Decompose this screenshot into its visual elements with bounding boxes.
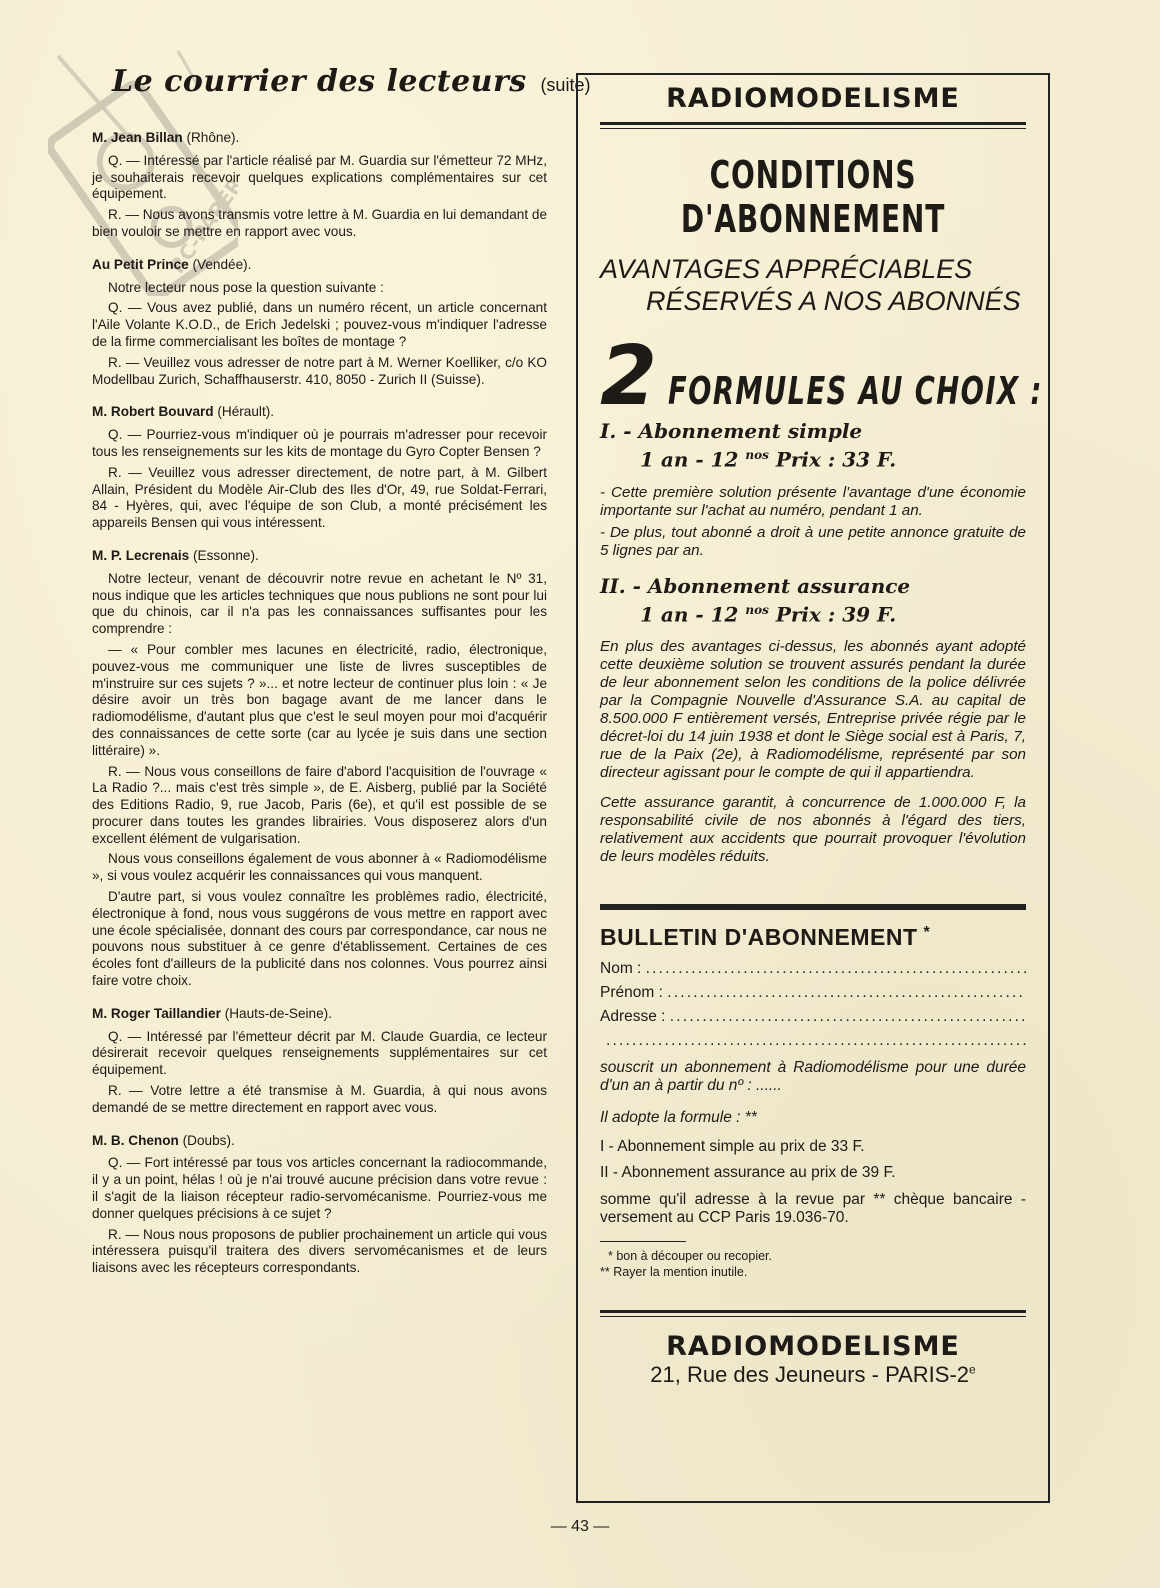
brand-header: RADIOMODELISME xyxy=(600,83,1026,114)
author-name: M. Robert Bouvard xyxy=(92,404,214,419)
thick-divider xyxy=(600,904,1026,910)
subscription-box: RADIOMODELISME CONDITIONS D'ABONNEMENT A… xyxy=(576,73,1050,1503)
letter-entry: M. Roger Taillandier (Hauts-de-Seine).Q.… xyxy=(92,1006,547,1117)
formula2-price-post: Prix : 39 F. xyxy=(769,602,896,626)
conditions-title-line1: CONDITIONS xyxy=(638,153,987,197)
author-name: M. Roger Taillandier xyxy=(92,1006,221,1021)
letter-entry: M. B. Chenon (Doubs).Q. — Fort intéressé… xyxy=(92,1133,547,1277)
formula2-description: En plus des avantages ci-dessus, les abo… xyxy=(600,638,1026,866)
advantages-line2: RÉSERVÉS A NOS ABONNÉS xyxy=(600,285,1026,317)
author-region: (Doubs). xyxy=(183,1133,235,1148)
letter-paragraph: Q. — Pourriez-vous m'indiquer où je pour… xyxy=(92,427,547,461)
formulas-heading: 2 FORMULES AU CHOIX : xyxy=(600,341,1026,413)
bulletin-title-mark: * xyxy=(924,924,931,941)
formula1-price-post: Prix : 33 F. xyxy=(769,448,896,472)
letter-entry: M. P. Lecrenais (Essonne).Notre lecteur,… xyxy=(92,548,547,990)
footer-address-text: 21, Rue des Jeuneurs - PARIS-2 xyxy=(650,1362,969,1387)
address-field-dots: ........................................… xyxy=(670,1008,1026,1025)
letter-paragraph: R. — Nous avons transmis votre lettre à … xyxy=(92,207,547,241)
author-name: Au Petit Prince xyxy=(92,257,189,272)
letter-paragraph: R. — Nous nous proposons de publier proc… xyxy=(92,1227,547,1277)
conditions-title-line2: D'ABONNEMENT xyxy=(638,197,987,241)
letter-paragraph: Notre lecteur nous pose la question suiv… xyxy=(92,280,547,297)
name-field-label: Nom : xyxy=(600,960,641,977)
letters-list: M. Jean Billan (Rhône).Q. — Intéressé pa… xyxy=(92,130,547,1277)
formula2-price-sup: nos xyxy=(745,603,768,617)
author-region: (Hérault). xyxy=(217,404,274,419)
letter-author: M. Robert Bouvard (Hérault). xyxy=(92,404,547,421)
formula-prompt: Il adopte la formule : ** xyxy=(600,1109,1026,1127)
author-region: (Rhône). xyxy=(186,130,239,145)
letter-paragraph: R. — Votre lettre a été transmise à M. G… xyxy=(92,1083,547,1117)
letter-paragraph: D'autre part, si vous voulez connaître l… xyxy=(92,889,547,990)
double-rule-divider xyxy=(600,122,1026,129)
letter-author: M. Jean Billan (Rhône). xyxy=(92,130,547,147)
conditions-title: CONDITIONS D'ABONNEMENT xyxy=(638,153,987,241)
letter-entry: M. Jean Billan (Rhône).Q. — Intéressé pa… xyxy=(92,130,547,241)
address-line2-dots: ........................................… xyxy=(606,1032,1026,1049)
name-field[interactable]: Nom : ..................................… xyxy=(600,957,1026,981)
formula1-price: 1 an - 12 nos Prix : 33 F. xyxy=(600,443,1026,472)
letter-paragraph: Notre lecteur, venant de découvrir notre… xyxy=(92,571,547,638)
author-name: M. B. Chenon xyxy=(92,1133,179,1148)
payment-text: somme qu'il adresse à la revue par ** ch… xyxy=(600,1191,1026,1227)
letter-paragraph: R. — Veuillez vous adresser de notre par… xyxy=(92,355,547,389)
author-name: M. P. Lecrenais xyxy=(92,548,189,563)
letter-author: Au Petit Prince (Vendée). xyxy=(92,257,547,274)
footnote: * bon à découper ou recopier. xyxy=(600,1248,1026,1264)
letter-entry: Au Petit Prince (Vendée).Notre lecteur n… xyxy=(92,257,547,389)
page-number: — 43 — xyxy=(0,1518,1160,1536)
bulletin-title-text: BULLETIN D'ABONNEMENT xyxy=(600,924,918,950)
subscription-form: BULLETIN D'ABONNEMENT* Nom : ...........… xyxy=(600,924,1026,1280)
formula2-title: II. - Abonnement assurance 1 an - 12 nos… xyxy=(600,574,1026,627)
letter-author: M. P. Lecrenais (Essonne). xyxy=(92,548,547,565)
footer-address-sup: e xyxy=(969,1363,976,1377)
letter-author: M. Roger Taillandier (Hauts-de-Seine). xyxy=(92,1006,547,1023)
formula-option-simple[interactable]: I - Abonnement simple au prix de 33 F. xyxy=(600,1135,1026,1159)
footer-brand: RADIOMODELISME xyxy=(600,1331,1026,1362)
firstname-field[interactable]: Prénom : ...............................… xyxy=(600,981,1026,1005)
formula1-price-pre: 1 an - 12 xyxy=(640,448,745,472)
advantages-line1: AVANTAGES APPRÉCIABLES xyxy=(600,254,972,284)
address-field-label: Adresse : xyxy=(600,1008,665,1025)
formula2-name: II. - Abonnement assurance xyxy=(600,574,910,598)
letters-column: Le courrier des lecteurs (suite) M. Jean… xyxy=(92,74,547,1293)
firstname-field-label: Prénom : xyxy=(600,984,663,1001)
subscribe-text: souscrit un abonnement à Radiomodélisme … xyxy=(600,1059,1026,1095)
formula2-price: 1 an - 12 nos Prix : 39 F. xyxy=(600,598,1026,627)
formula-option-assurance[interactable]: II - Abonnement assurance au prix de 39 … xyxy=(600,1161,1026,1185)
formula2-price-pre: 1 an - 12 xyxy=(640,602,745,626)
letter-paragraph: R. — Veuillez vous adresser directement,… xyxy=(92,465,547,532)
author-region: (Hauts-de-Seine). xyxy=(225,1006,332,1021)
letter-paragraph: Q. — Fort intéressé par tous vos article… xyxy=(92,1155,547,1222)
bulletin-title: BULLETIN D'ABONNEMENT* xyxy=(600,924,1026,951)
author-region: (Vendée). xyxy=(192,257,251,272)
formulas-heading-text: FORMULES AU CHOIX : xyxy=(668,369,1043,413)
author-name: M. Jean Billan xyxy=(92,130,183,145)
footer-address: 21, Rue des Jeuneurs - PARIS-2e xyxy=(600,1362,1026,1388)
letter-author: M. B. Chenon (Doubs). xyxy=(92,1133,547,1150)
letter-paragraph: Q. — Vous avez publié, dans un numéro ré… xyxy=(92,300,547,350)
address-field-line2[interactable]: ........................................… xyxy=(600,1029,1026,1053)
letter-entry: M. Robert Bouvard (Hérault).Q. — Pourrie… xyxy=(92,404,547,532)
formula1-description: - Cette première solution présente l'ava… xyxy=(600,484,1026,560)
double-rule-divider xyxy=(600,1310,1026,1317)
author-region: (Essonne). xyxy=(193,548,259,563)
footnote: ** Rayer la mention inutile. xyxy=(600,1264,1026,1280)
letter-paragraph: Q. — Intéressé par l'émetteur décrit par… xyxy=(92,1029,547,1079)
formula2-para: En plus des avantages ci-dessus, les abo… xyxy=(600,638,1026,782)
formula1-title: I. - Abonnement simple 1 an - 12 nos Pri… xyxy=(600,419,1026,472)
letter-paragraph: Q. — Intéressé par l'article réalisé par… xyxy=(92,153,547,203)
formula2-para: Cette assurance garantit, à concurrence … xyxy=(600,794,1026,866)
letter-paragraph: Nous vous conseillons également de vous … xyxy=(92,851,547,885)
address-field[interactable]: Adresse : ..............................… xyxy=(600,1005,1026,1029)
firstname-field-dots: ........................................… xyxy=(667,984,1026,1001)
footnote-rule xyxy=(600,1241,686,1242)
section-title-script: Le courrier des lecteurs xyxy=(112,64,527,99)
formulas-count: 2 xyxy=(600,341,657,413)
section-title: Le courrier des lecteurs (suite) xyxy=(112,74,547,122)
name-field-dots: ........................................… xyxy=(646,960,1026,977)
formula1-name: I. - Abonnement simple xyxy=(600,419,862,443)
formula1-para: - Cette première solution présente l'ava… xyxy=(600,484,1026,520)
advantages-heading: AVANTAGES APPRÉCIABLES RÉSERVÉS A NOS AB… xyxy=(600,253,1026,317)
formula1-para: - De plus, tout abonné a droit à une pet… xyxy=(600,524,1026,560)
letter-paragraph: — « Pour combler mes lacunes en électric… xyxy=(92,642,547,760)
formula1-price-sup: nos xyxy=(745,448,768,462)
letter-paragraph: R. — Nous vous conseillons de faire d'ab… xyxy=(92,764,547,848)
